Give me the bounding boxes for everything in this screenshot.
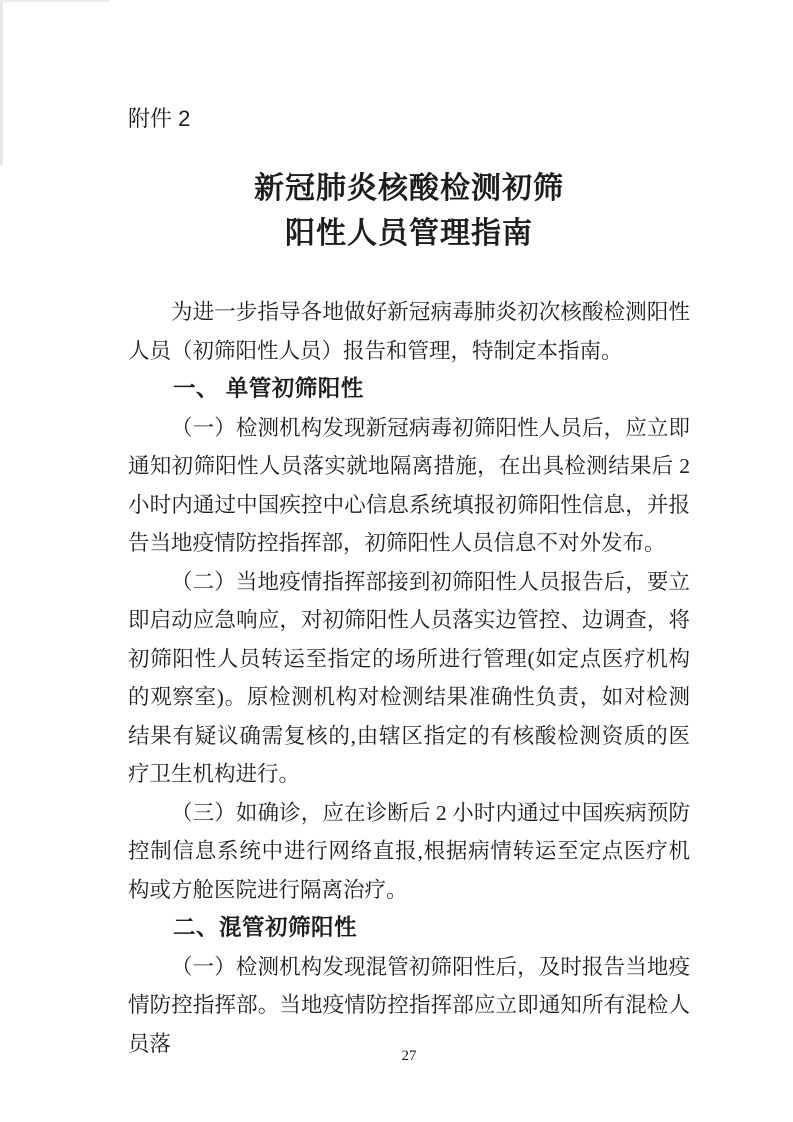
scan-edge-artifact-left (0, 0, 3, 165)
document-body: 为进一步指导各地做好新冠病毒肺炎初次核酸检测阳性人员（初筛阳性人员）报告和管理，… (128, 293, 690, 1063)
section-1-heading: 一、 单管初筛阳性 (128, 370, 690, 409)
intro-paragraph: 为进一步指导各地做好新冠病毒肺炎初次核酸检测阳性人员（初筛阳性人员）报告和管理，… (128, 293, 690, 370)
section-1-paragraph-3: （三）如确诊，应在诊断后 2 小时内通过中国疾病预防控制信息系统中进行网络直报,… (128, 794, 690, 910)
document-title-line2: 阳性人员管理指南 (128, 211, 690, 256)
section-2-heading: 二、混管初筛阳性 (128, 909, 690, 948)
document-title-line1: 新冠肺炎核酸检测初筛 (128, 166, 690, 211)
section-1-paragraph-2: （二）当地疫情指挥部接到初筛阳性人员报告后，要立即启动应急响应，对初筛阳性人员落… (128, 563, 690, 794)
attachment-label: 附件 2 (128, 105, 690, 133)
document-title: 新冠肺炎核酸检测初筛 阳性人员管理指南 (128, 166, 690, 256)
section-1-paragraph-1: （一）检测机构发现新冠病毒初筛阳性人员后，应立即通知初筛阳性人员落实就地隔离措施… (128, 409, 690, 563)
document-page: 附件 2 新冠肺炎核酸检测初筛 阳性人员管理指南 为进一步指导各地做好新冠病毒肺… (0, 0, 793, 1122)
document-content: 附件 2 新冠肺炎核酸检测初筛 阳性人员管理指南 为进一步指导各地做好新冠病毒肺… (128, 0, 690, 1063)
page-number: 27 (128, 1046, 690, 1066)
scan-edge-artifact-top (0, 0, 110, 2)
